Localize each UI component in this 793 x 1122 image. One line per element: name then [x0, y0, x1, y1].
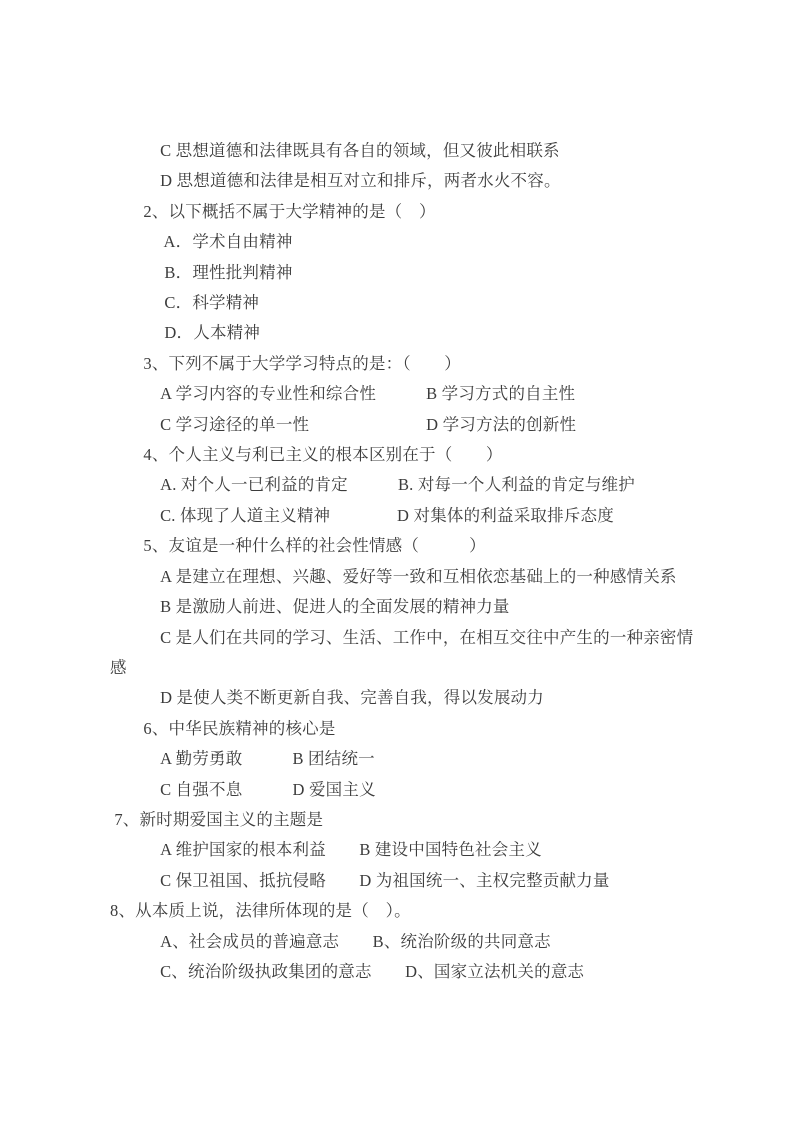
q6-options-ab: A 勤劳勇敢 B 团结统一: [110, 744, 770, 774]
q4-options-cd: C. 体现了人道主义精神 D 对集体的利益采取排斥态度: [110, 501, 770, 531]
q2-option-d: D．人本精神: [110, 318, 770, 348]
q2-option-b: B．理性批判精神: [110, 258, 770, 288]
q5-option-d: D 是使人类不断更新自我、完善自我，得以发展动力: [110, 683, 770, 713]
q7-options-cd: C 保卫祖国、抵抗侵略 D 为祖国统一、主权完整贡献力量: [110, 866, 770, 896]
q7-options-ab: A 维护国家的根本利益 B 建设中国特色社会主义: [110, 835, 770, 865]
q7-stem: 7、新时期爱国主义的主题是: [110, 805, 770, 835]
q3-options-cd: C 学习途径的单一性 D 学习方法的创新性: [110, 410, 770, 440]
q5-option-b: B 是激励人前进、促进人的全面发展的精神力量: [110, 592, 770, 622]
document-content: C 思想道德和法律既具有各自的领域，但又彼此相联系 D 思想道德和法律是相互对立…: [110, 136, 770, 987]
q3-stem: 3、下列不属于大学学习特点的是：（ ）: [110, 349, 770, 379]
q2-option-a: A．学术自由精神: [110, 227, 770, 257]
q6-stem: 6、中华民族精神的核心是: [110, 714, 770, 744]
document-page: C 思想道德和法律既具有各自的领域，但又彼此相联系 D 思想道德和法律是相互对立…: [0, 0, 793, 1122]
q8-stem: 8、从本质上说，法律所体现的是（ ）。: [110, 896, 770, 926]
q4-options-ab: A. 对个人一已利益的肯定 B. 对每一个人利益的肯定与维护: [110, 470, 770, 500]
q3-options-ab: A 学习内容的专业性和综合性 B 学习方式的自主性: [110, 379, 770, 409]
q1-option-d: D 思想道德和法律是相互对立和排斥，两者水火不容。: [110, 166, 770, 196]
q4-stem: 4、个人主义与利已主义的根本区别在于（ ）: [110, 440, 770, 470]
q8-options-ab: A、社会成员的普遍意志 B、统治阶级的共同意志: [110, 927, 770, 957]
q2-option-c: C．科学精神: [110, 288, 770, 318]
q2-stem: 2、以下概括不属于大学精神的是（ ）: [110, 197, 770, 227]
q1-option-c: C 思想道德和法律既具有各自的领域，但又彼此相联系: [110, 136, 770, 166]
q5-option-a: A 是建立在理想、兴趣、爱好等一致和互相依恋基础上的一种感情关系: [110, 562, 770, 592]
q5-stem: 5、友谊是一种什么样的社会性情感（ ）: [110, 531, 770, 561]
q8-options-cd: C、统治阶级执政集团的意志 D、国家立法机关的意志: [110, 957, 770, 987]
q5-option-c: C 是人们在共同的学习、生活、工作中，在相互交往中产生的一种亲密情: [110, 623, 770, 653]
q5-option-c-wrap: 感: [110, 653, 770, 683]
q6-options-cd: C 自强不息 D 爱国主义: [110, 775, 770, 805]
